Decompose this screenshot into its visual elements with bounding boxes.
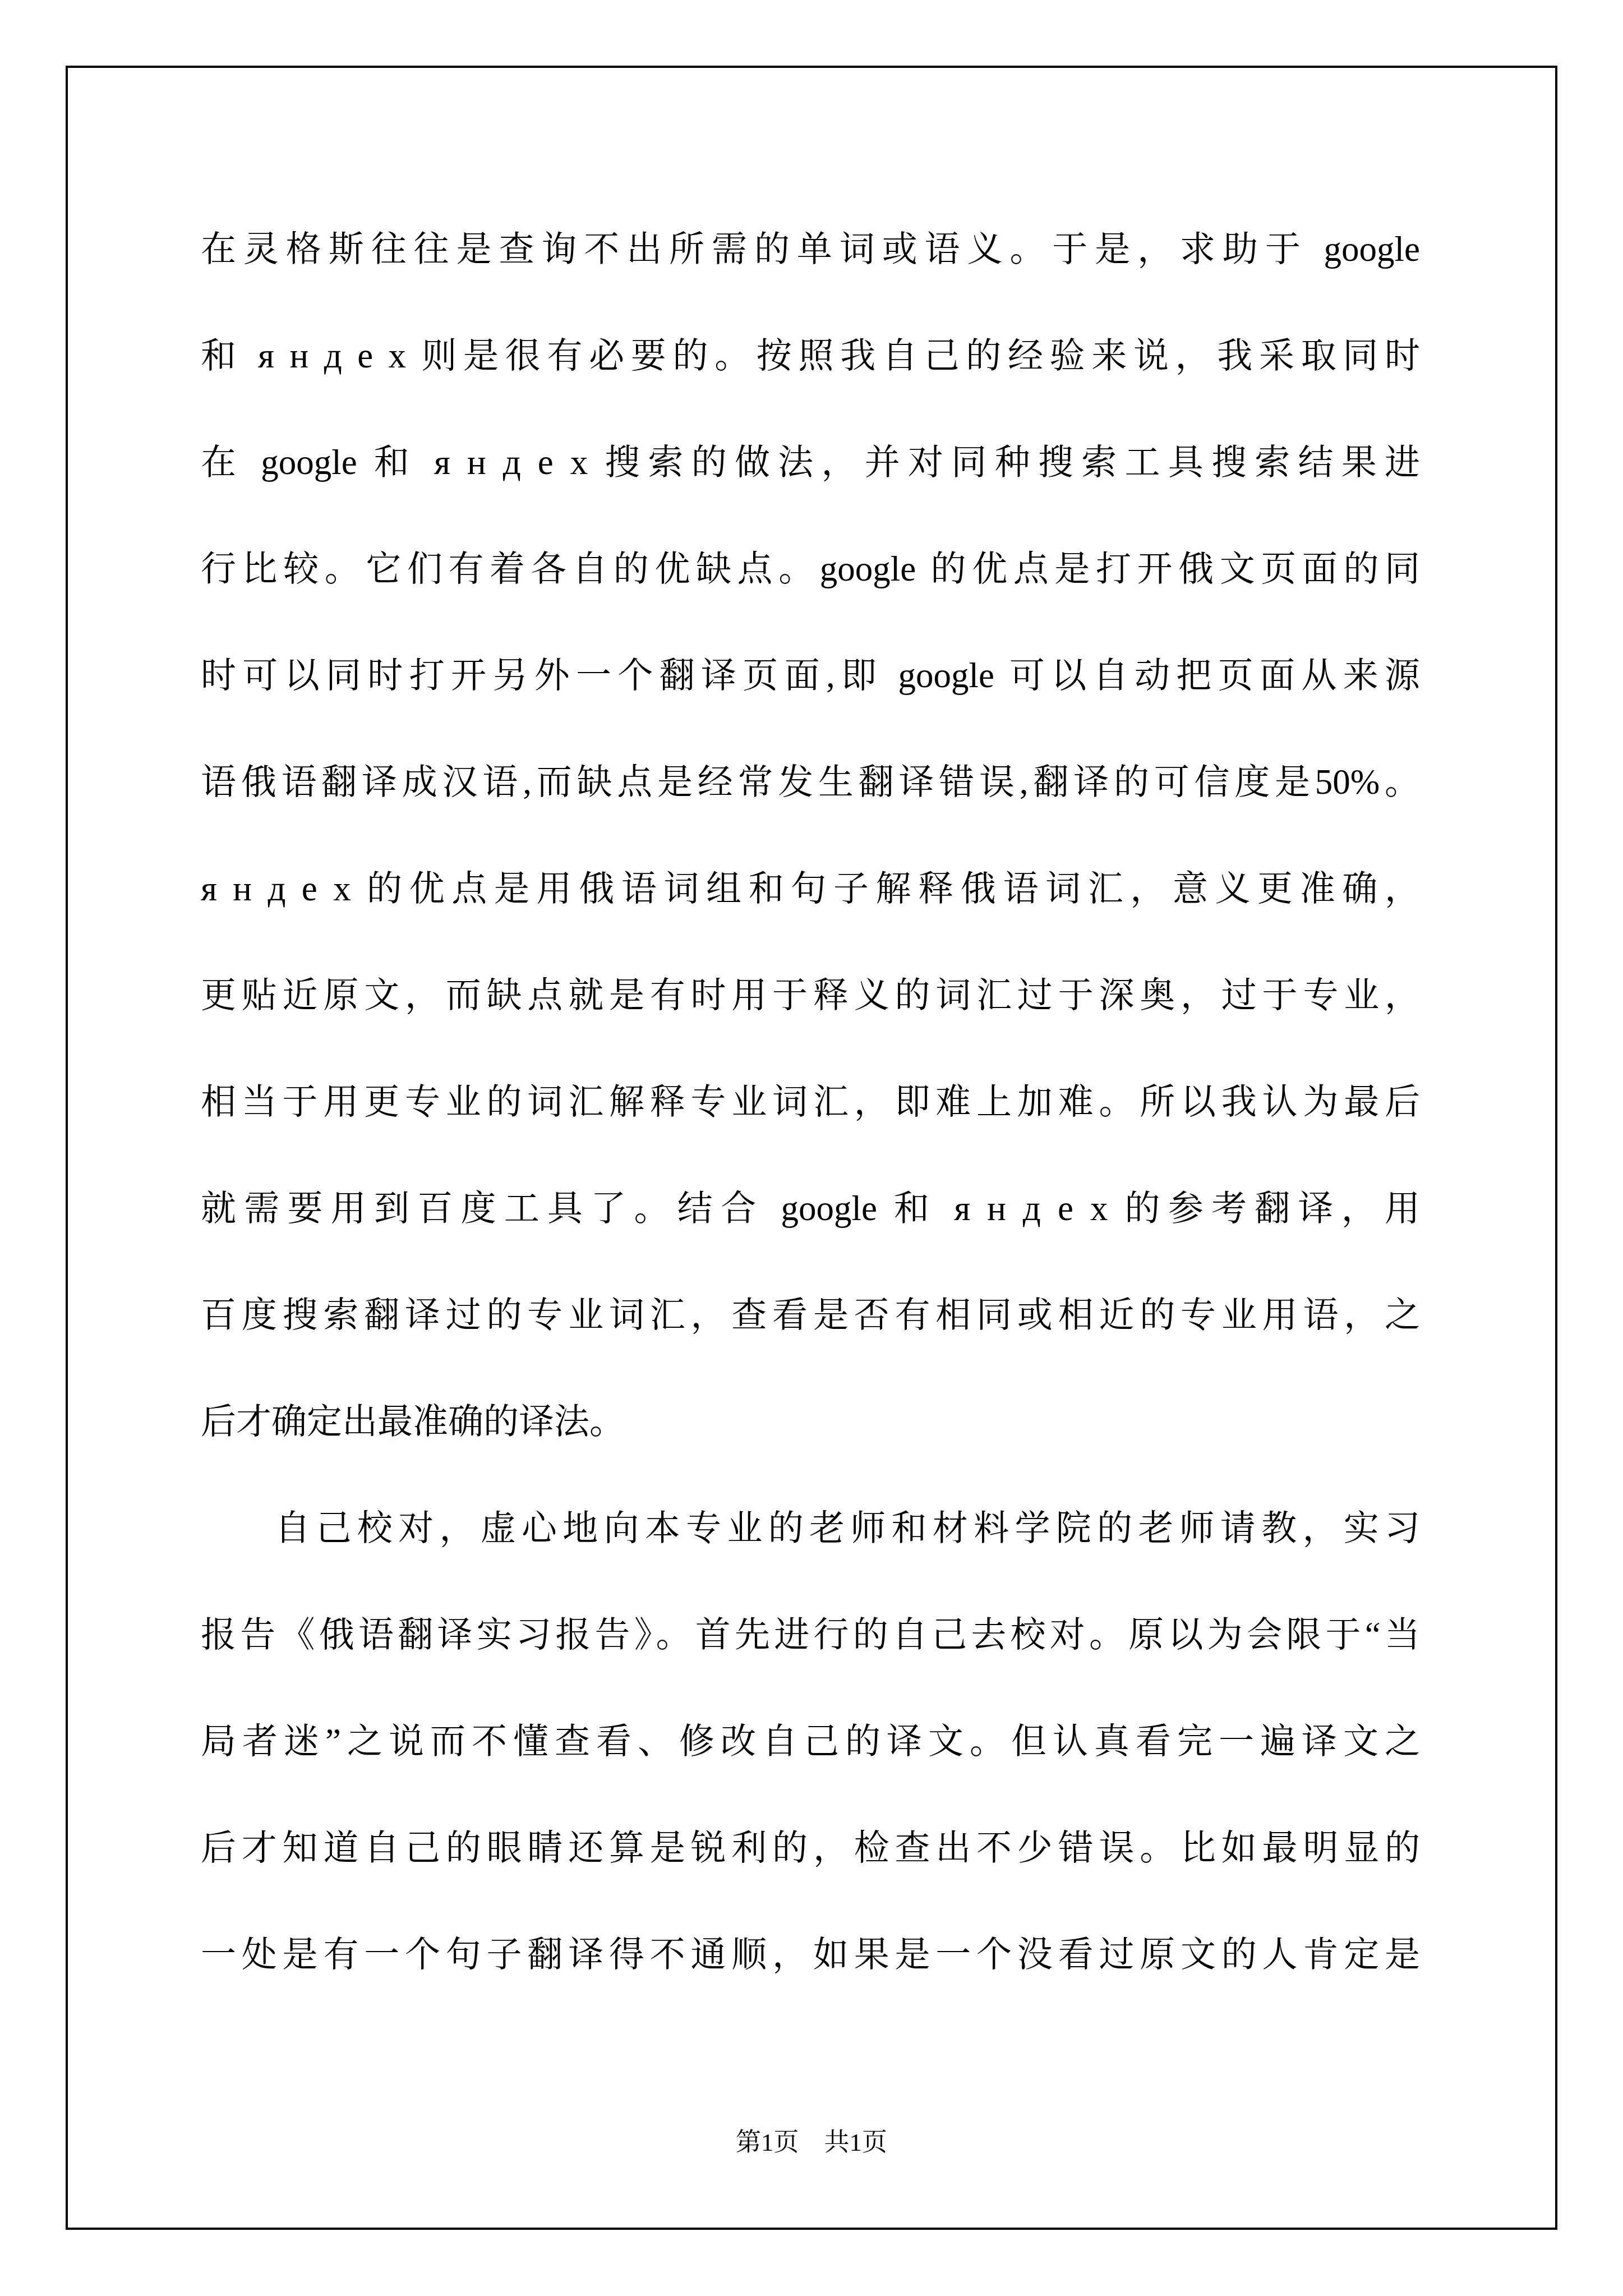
- text-line: 行比较。它们有着各自的优缺点。google 的优点是打开俄文页面的同: [201, 516, 1420, 622]
- text-line: 后才知道自己的眼睛还算是锐利的，检查出不少错误。比如最明显的: [201, 1795, 1420, 1901]
- page-body: 在灵格斯往往是查询不出所需的单词或语义。于是，求助于 google 和 я н …: [201, 196, 1420, 2008]
- text-line: 更贴近原文，而缺点就是有时用于释义的词汇过于深奥，过于专业，: [201, 942, 1420, 1048]
- text-line: 相当于用更专业的词汇解释专业词汇，即难上加难。所以我认为最后: [201, 1048, 1420, 1155]
- document-page: 在灵格斯往往是查询不出所需的单词或语义。于是，求助于 google 和 я н …: [0, 0, 1623, 2296]
- text-line: 自己校对，虚心地向本专业的老师和材料学院的老师请教，实习: [201, 1475, 1420, 1581]
- text-line: 在灵格斯往往是查询不出所需的单词或语义。于是，求助于 google: [201, 196, 1420, 302]
- text-line: 语俄语翻译成汉语,而缺点是经常发生翻译错误,翻译的可信度是50%。: [201, 729, 1420, 835]
- text-line: 一处是有一个句子翻译得不通顺，如果是一个没看过原文的人肯定是: [201, 1901, 1420, 2008]
- text-line: 就需要用到百度工具了。结合 google 和 я н д е х 的参考翻译，用: [201, 1155, 1420, 1262]
- text-line: 局者迷”之说而不懂查看、修改自己的译文。但认真看完一遍译文之: [201, 1688, 1420, 1795]
- page-footer: 第1页 共1页: [0, 2128, 1623, 2157]
- text-line: 时可以同时打开另外一个翻译页面,即 google 可以自动把页面从来源: [201, 622, 1420, 729]
- text-line: 百度搜索翻译过的专业词汇，查看是否有相同或相近的专业用语，之: [201, 1262, 1420, 1368]
- text-line: я н д е х 的优点是用俄语词组和句子解释俄语词汇，意义更准确，: [201, 835, 1420, 942]
- text-line: 在 google 和 я н д е х 搜索的做法，并对同种搜索工具搜索结果进: [201, 409, 1420, 516]
- text-line: 后才确定出最准确的译法。: [201, 1368, 1420, 1475]
- text-line: 报告《俄语翻译实习报告》。首先进行的自己去校对。原以为会限于“当: [201, 1581, 1420, 1688]
- text-line: 和 я н д е х 则是很有必要的。按照我自己的经验来说，我采取同时: [201, 302, 1420, 409]
